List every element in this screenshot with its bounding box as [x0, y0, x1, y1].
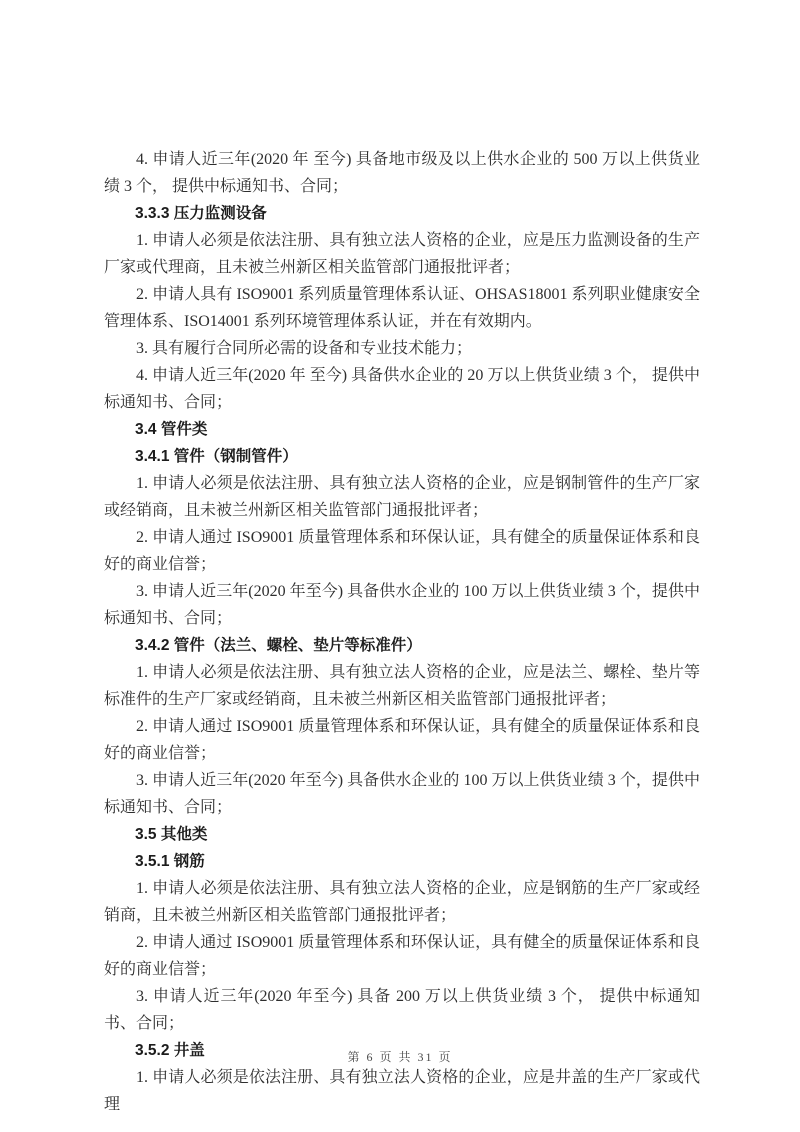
paragraph: 3. 申请人近三年(2020 年至今) 具备供水企业的 100 万以上供货业绩 …: [104, 767, 700, 821]
paragraph: 4. 申请人近三年(2020 年 至今) 具备地市级及以上供水企业的 500 万…: [104, 146, 700, 200]
page-number-footer: 第 6 页 共 31 页: [0, 1048, 800, 1065]
paragraph: 1. 申请人必须是依法注册、具有独立法人资格的企业，应是法兰、螺栓、垫片等标准件…: [104, 659, 700, 713]
paragraph: 1. 申请人必须是依法注册、具有独立法人资格的企业，应是钢筋的生产厂家或经销商，…: [104, 875, 700, 929]
paragraph: 3. 申请人近三年(2020 年至今) 具备 200 万以上供货业绩 3 个， …: [104, 983, 700, 1037]
section-heading: 3.4.2 管件（法兰、螺栓、垫片等标准件）: [104, 632, 700, 659]
section-heading: 3.3.3 压力监测设备: [104, 200, 700, 227]
section-heading: 3.5.1 钢筋: [104, 848, 700, 875]
paragraph: 2. 申请人通过 ISO9001 质量管理体系和环保认证，具有健全的质量保证体系…: [104, 929, 700, 983]
section-heading: 3.4.1 管件（钢制管件）: [104, 443, 700, 470]
paragraph: 1. 申请人必须是依法注册、具有独立法人资格的企业，应是井盖的生产厂家或代理: [104, 1064, 700, 1118]
paragraph: 2. 申请人通过 ISO9001 质量管理体系和环保认证，具有健全的质量保证体系…: [104, 524, 700, 578]
section-heading: 3.4 管件类: [104, 416, 700, 443]
paragraph: 3. 申请人近三年(2020 年至今) 具备供水企业的 100 万以上供货业绩 …: [104, 578, 700, 632]
paragraph: 3. 具有履行合同所必需的设备和专业技术能力；: [104, 335, 700, 362]
paragraph: 2. 申请人通过 ISO9001 质量管理体系和环保认证，具有健全的质量保证体系…: [104, 713, 700, 767]
document-page: 4. 申请人近三年(2020 年 至今) 具备地市级及以上供水企业的 500 万…: [0, 0, 800, 1132]
paragraph: 2. 申请人具有 ISO9001 系列质量管理体系认证、OHSAS18001 系…: [104, 281, 700, 335]
paragraph: 4. 申请人近三年(2020 年 至今) 具备供水企业的 20 万以上供货业绩 …: [104, 362, 700, 416]
paragraph: 1. 申请人必须是依法注册、具有独立法人资格的企业，应是压力监测设备的生产厂家或…: [104, 227, 700, 281]
paragraph: 1. 申请人必须是依法注册、具有独立法人资格的企业，应是钢制管件的生产厂家或经销…: [104, 470, 700, 524]
section-heading: 3.5 其他类: [104, 821, 700, 848]
document-body: 4. 申请人近三年(2020 年 至今) 具备地市级及以上供水企业的 500 万…: [104, 146, 700, 1118]
